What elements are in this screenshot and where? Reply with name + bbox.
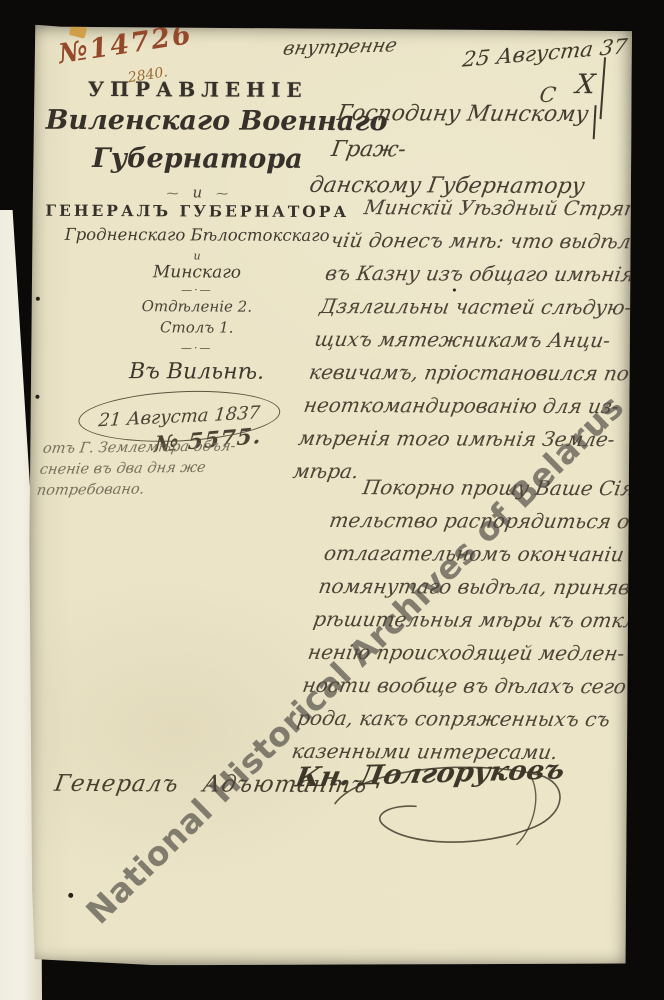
letterhead-desk: Столъ 1.	[45, 318, 349, 337]
body-line: Покорно прошу Ваше Сія-	[332, 471, 659, 505]
paper-speck	[453, 289, 456, 292]
letterhead: УПРАВЛЕНІЕ Виленскаго Военнаго Губернато…	[46, 25, 350, 26]
body-line: щихъ мятежникамъ Анци-	[312, 323, 639, 357]
letterhead-title: УПРАВЛЕНІЕ	[46, 77, 350, 102]
body-line: ненію происходящей медлен-	[305, 636, 632, 670]
body-line: ности вообще въ дѣлахъ сего	[300, 669, 627, 703]
registration-number: №14726	[56, 19, 194, 70]
letterhead-org-line3: ГЕНЕРАЛЪ ГУБЕРНАТОРА	[45, 201, 349, 221]
flourish-divider-icon: —·—	[45, 283, 349, 297]
body-paragraph-2: Покорно прошу Ваше Сія- тельство распоря…	[289, 471, 659, 769]
body-line: мѣренія того имѣнія Земле-	[296, 422, 623, 456]
body-line: кевичамъ, пріостановился по	[307, 356, 634, 390]
paper-speck	[68, 893, 73, 898]
letterhead-org-line4: Гродненскаго Бѣлостокскаго	[45, 225, 349, 245]
letterhead-conjunction1: и	[45, 183, 349, 202]
body-line: помянутаго выдѣла, принявъ	[316, 570, 643, 604]
body-paragraph-1: Минскій Уѣздный Стряп- чій донесъ мнѣ: ч…	[291, 191, 661, 489]
body-line: рода, какъ сопряженныхъ съ	[295, 702, 622, 736]
scan-backdrop: №14726 2840. УПРАВЛЕНІЕ Виленскаго Военн…	[0, 0, 664, 1000]
paper-speck	[36, 297, 40, 301]
flourish-divider-icon: —·—	[45, 341, 349, 355]
body-line: въ Казну изъ общаго имѣнія	[323, 257, 650, 291]
letterhead-org-line1: Виленскаго Военнаго	[46, 105, 350, 137]
body-line: тельство распорядиться о без-	[327, 504, 654, 538]
body-line: отлагательномъ окончаніи	[322, 537, 649, 571]
letterhead-conjunction2: и	[45, 249, 349, 263]
margin-note-line: потребовано.	[35, 478, 289, 502]
letterhead-org-line2: Губернатора	[45, 143, 349, 175]
document-page: №14726 2840. УПРАВЛЕНІЕ Виленскаго Военн…	[24, 25, 632, 968]
annotation-top-note: внутренне	[281, 34, 399, 59]
address-line: Господину Минскому Граж-	[313, 96, 641, 169]
body-line: неоткомандированію для из-	[301, 389, 628, 423]
paper-speck	[35, 395, 39, 399]
address-block: Господину Минскому Граж- данскому Губерн…	[307, 96, 641, 205]
body-line: Минскій Уѣздный Стряп-	[333, 191, 660, 225]
annotation-mark-x: X	[574, 69, 597, 100]
body-line: чій донесъ мнѣ: что выдѣлъ	[328, 224, 655, 258]
body-line: Дзялгильны частей слѣдую-	[317, 290, 644, 324]
letterhead-org-line5: Минскаго	[45, 262, 349, 283]
body-line: рѣшительныя мѣры къ откло-	[311, 603, 638, 637]
letterhead-department: Отдѣленіе 2.	[45, 297, 349, 316]
letterhead-place: Въ Вильнѣ.	[44, 359, 348, 385]
margin-note: отъ Г. Землемѣра объя- сненіе въ два дня…	[35, 436, 295, 502]
